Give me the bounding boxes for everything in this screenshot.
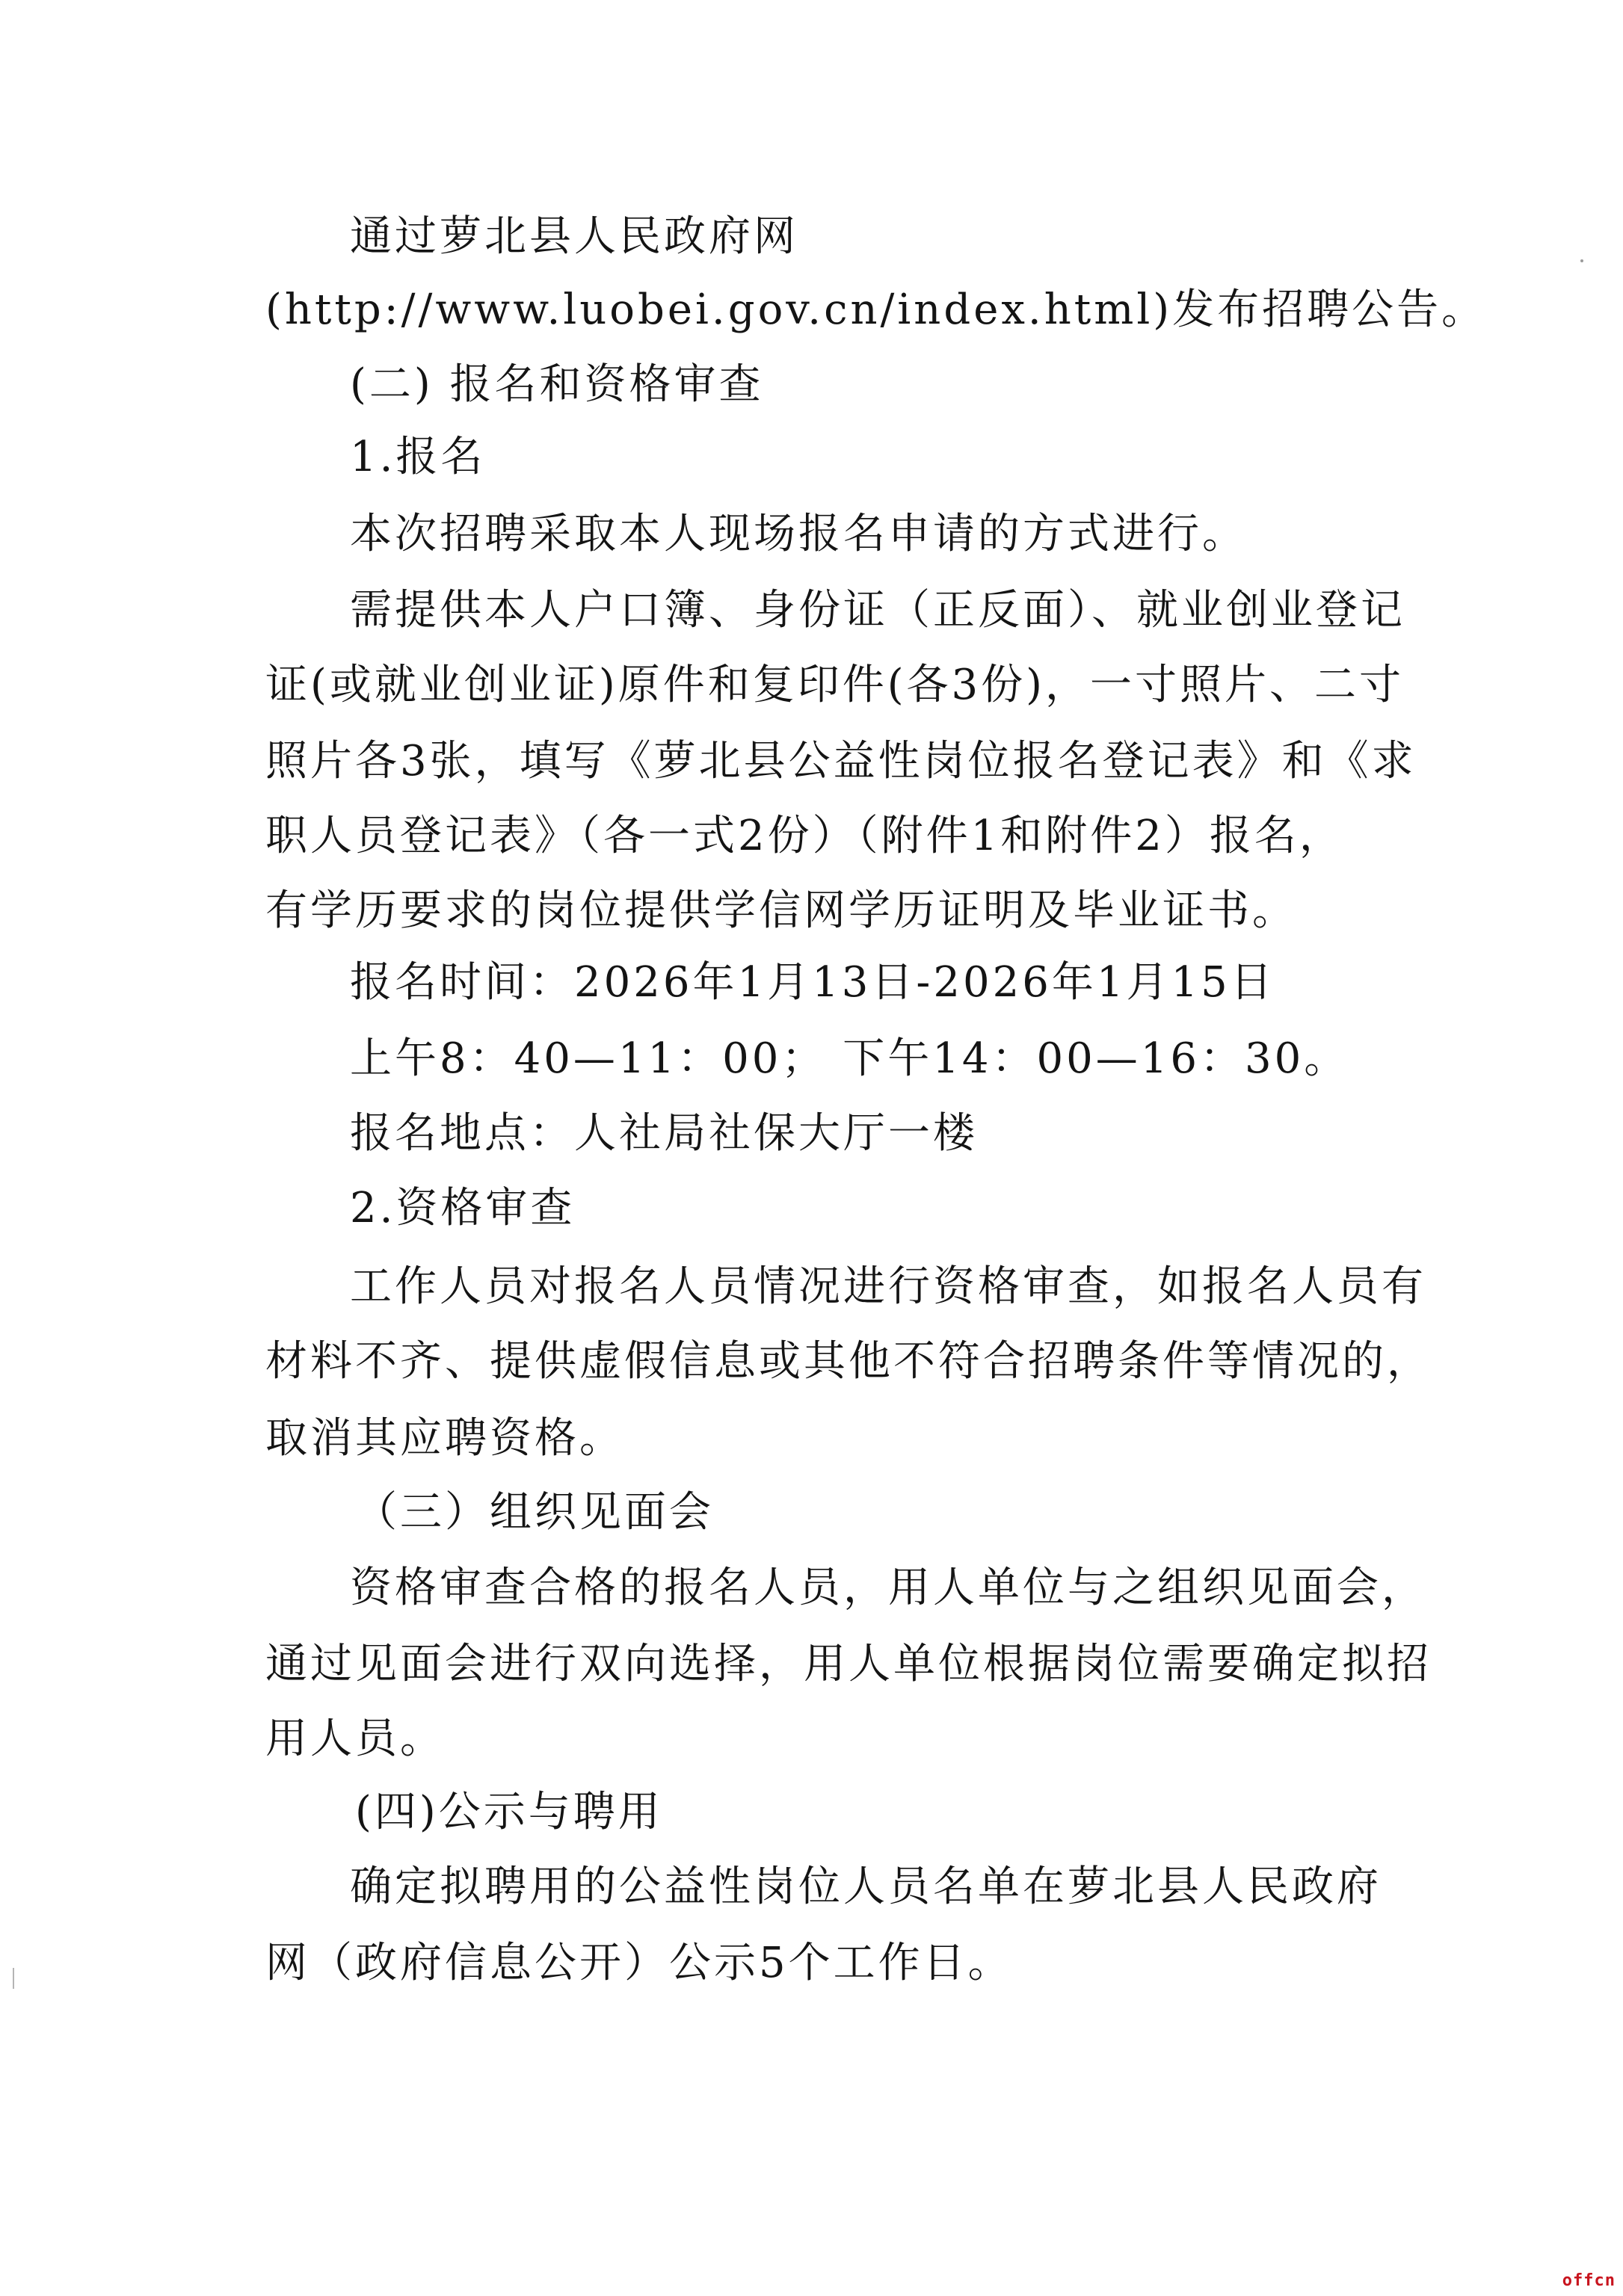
paragraph-line: 通过萝北县人民政府网 [350,213,798,261]
scan-artifact-mark [13,1968,14,1989]
subsection-heading-registration: 1.报名 [350,433,485,481]
registration-hours: 上午8：40—11：00； 下午14：00—16：30。 [350,1035,1349,1083]
paragraph-line: 有学历要求的岗位提供学信网学历证明及毕业证书。 [265,887,1297,935]
paragraph-line: 材料不齐、提供虚假信息或其他不符合招聘条件等情况的， [265,1338,1432,1386]
paragraph-line: 网（政府信息公开）公示5个工作日。 [265,1939,1013,1987]
watermark-logo: offcn [1562,2271,1616,2290]
paragraph-line: 用人员。 [265,1715,445,1763]
paragraph-line: 本次招聘采取本人现场报名申请的方式进行。 [350,510,1247,558]
paragraph-line: 照片各3张，填写《萝北县公益性岗位报名登记表》和《求 [265,738,1417,786]
section-heading-publicity-hiring: (四)公示与聘用 [355,1789,663,1836]
paragraph-line: 资格审查合格的报名人员，用人单位与之组织见面会， [350,1564,1426,1612]
paragraph-line: 需提供本人户口簿、身份证（正反面）、就业创业登记 [350,587,1405,635]
paragraph-line: 取消其应聘资格。 [265,1415,624,1463]
paragraph-line: 通过见面会进行双向选择，用人单位根据岗位需要确定拟招 [265,1641,1432,1688]
section-heading-meeting: （三）组织见面会 [355,1489,714,1537]
registration-location: 报名地点：人社局社保大厅一楼 [350,1110,978,1158]
paragraph-line: 证(或就业创业证)原件和复印件(各3份)，一寸照片、二寸 [265,661,1404,709]
section-heading-registration-review: (二) 报名和资格审查 [350,361,764,409]
paragraph-line: 工作人员对报名人员情况进行资格审查，如报名人员有 [350,1263,1426,1311]
paragraph-line: 确定拟聘用的公益性岗位人员名单在萝北县人民政府 [350,1863,1382,1911]
paragraph-line-url: (http://www.luobei.gov.cn/index.html)发布招… [265,286,1486,334]
subsection-heading-qualification-review: 2.资格审查 [350,1185,575,1232]
scan-artifact-dot [1580,259,1583,262]
registration-time: 报名时间：2026年1月13日-2026年1月15日 [350,959,1275,1007]
paragraph-line: 职人员登记表》（各一式2份）（附件1和附件2）报名， [265,812,1344,860]
document-page: 通过萝北县人民政府网 (http://www.luobei.gov.cn/ind… [0,0,1623,2296]
